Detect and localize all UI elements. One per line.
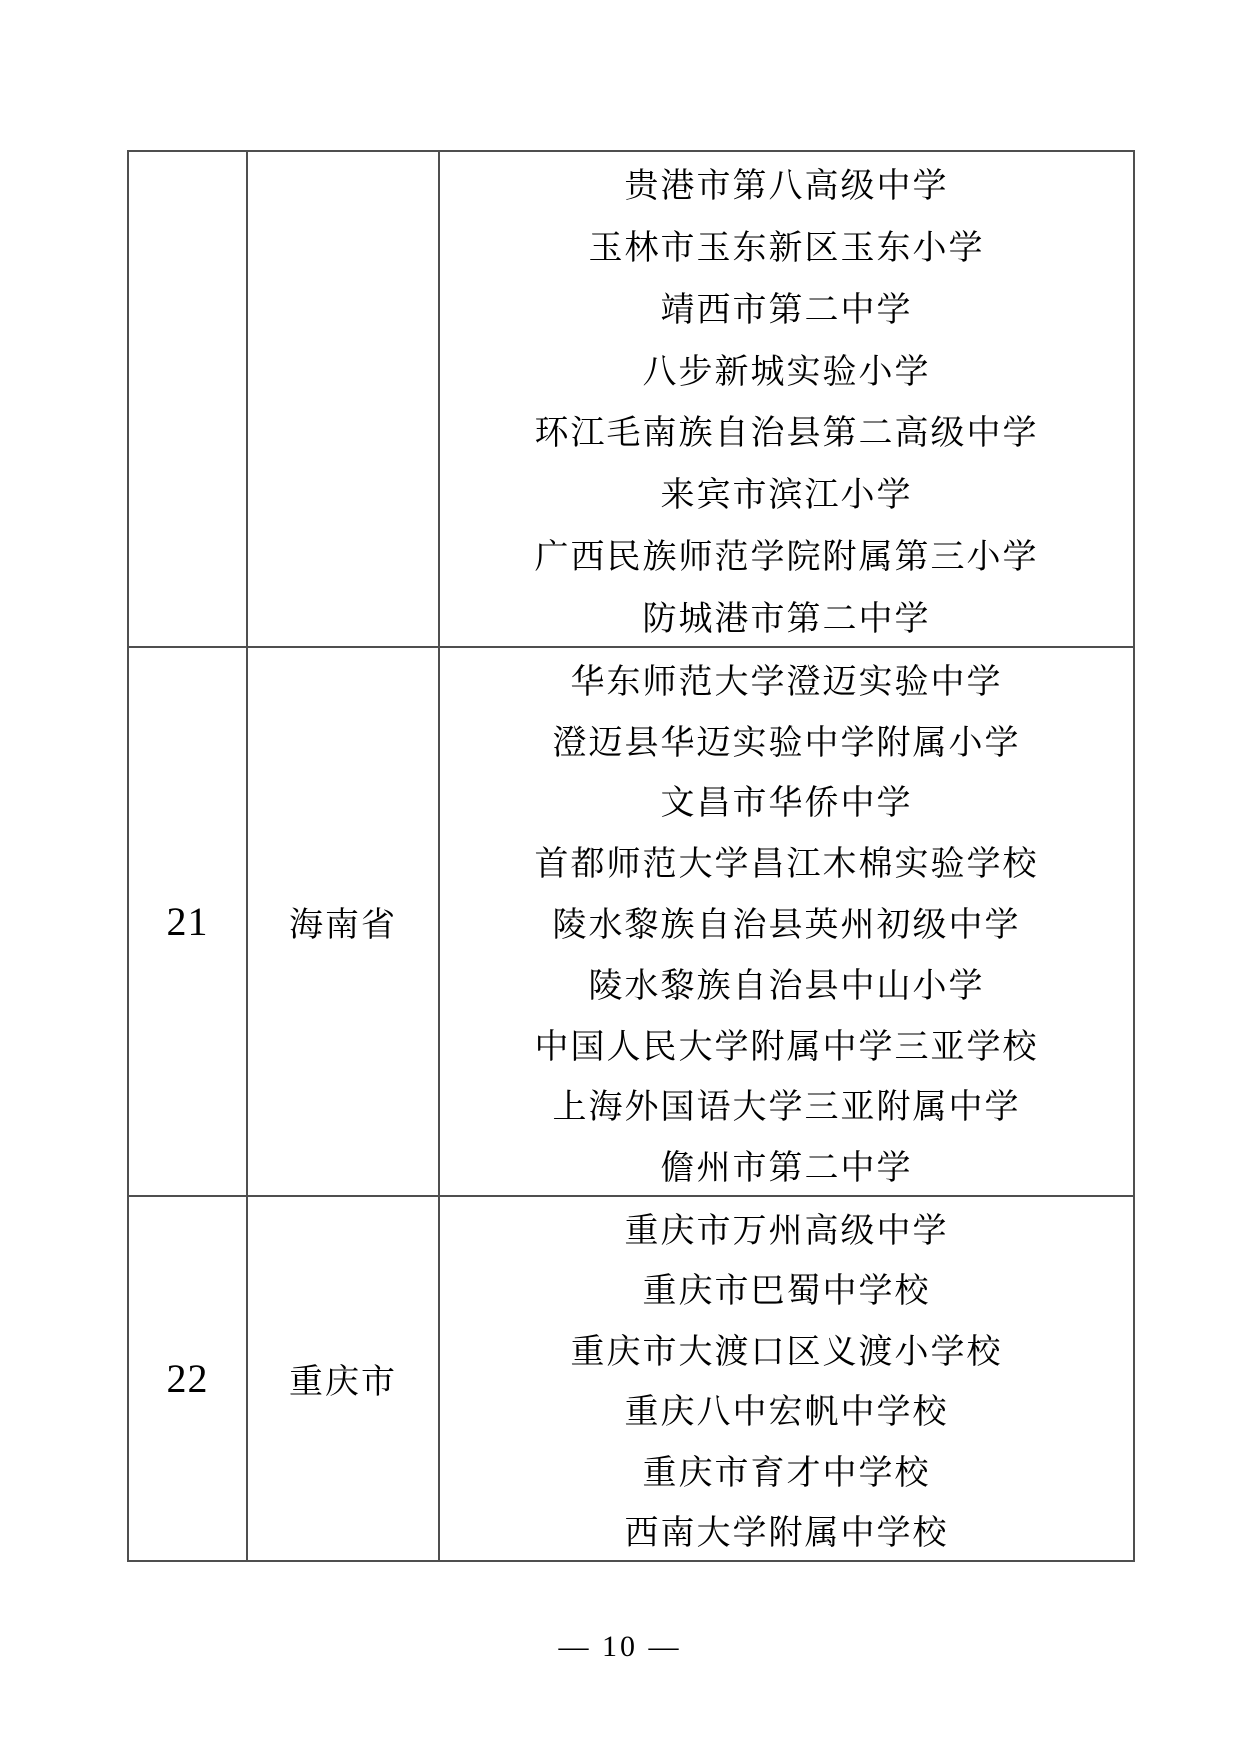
- school-name: 靖西市第二中学: [661, 282, 913, 331]
- school-row: 广西民族师范学院附属第三小学: [440, 522, 1133, 584]
- school-name: 华东师范大学澄迈实验中学: [571, 654, 1003, 703]
- section-province-cell: 海南省: [248, 648, 440, 1195]
- school-name: 中国人民大学附属中学三亚学校: [535, 1019, 1039, 1068]
- school-name: 儋州市第二中学: [661, 1140, 913, 1189]
- school-name: 贵港市第八高级中学: [625, 158, 949, 207]
- school-row: 文昌市华侨中学: [440, 769, 1133, 830]
- school-row: 贵港市第八高级中学: [440, 152, 1133, 214]
- school-name: 防城港市第二中学: [643, 591, 931, 640]
- school-row: 首都师范大学昌江木棉实验学校: [440, 830, 1133, 891]
- school-name: 环江毛南族自治县第二高级中学: [535, 405, 1039, 454]
- school-name: 上海外国语大学三亚附属中学: [553, 1079, 1021, 1128]
- section-index-cell: 22: [129, 1197, 248, 1560]
- school-table: 贵港市第八高级中学玉林市玉东新区玉东小学靖西市第二中学八步新城实验小学环江毛南族…: [127, 150, 1135, 1562]
- school-row: 西南大学附属中学校: [440, 1500, 1133, 1560]
- school-row: 防城港市第二中学: [440, 584, 1133, 646]
- school-name: 玉林市玉东新区玉东小学: [589, 220, 985, 269]
- school-row: 八步新城实验小学: [440, 337, 1133, 399]
- page-number: — 10 —: [0, 1630, 1240, 1664]
- school-row: 重庆市大渡口区义渡小学校: [440, 1318, 1133, 1378]
- school-row: 陵水黎族自治县中山小学: [440, 952, 1133, 1013]
- school-row: 陵水黎族自治县英州初级中学: [440, 891, 1133, 952]
- school-row: 来宾市滨江小学: [440, 461, 1133, 523]
- school-row: 玉林市玉东新区玉东小学: [440, 214, 1133, 276]
- school-name: 重庆市万州高级中学: [625, 1203, 949, 1252]
- school-row: 华东师范大学澄迈实验中学: [440, 648, 1133, 709]
- section-index-cell: 21: [129, 648, 248, 1195]
- school-name: 西南大学附属中学校: [625, 1505, 949, 1554]
- school-row: 重庆市万州高级中学: [440, 1197, 1133, 1257]
- section-schools-cell: 贵港市第八高级中学玉林市玉东新区玉东小学靖西市第二中学八步新城实验小学环江毛南族…: [440, 152, 1133, 646]
- school-name: 重庆市大渡口区义渡小学校: [571, 1324, 1003, 1373]
- section-index-label: 21: [167, 898, 209, 945]
- section-province-cell: [248, 152, 440, 646]
- school-name: 来宾市滨江小学: [661, 467, 913, 516]
- province-label: 重庆市: [289, 1354, 397, 1403]
- table-section: 贵港市第八高级中学玉林市玉东新区玉东小学靖西市第二中学八步新城实验小学环江毛南族…: [129, 152, 1133, 646]
- school-row: 环江毛南族自治县第二高级中学: [440, 399, 1133, 461]
- school-row: 重庆八中宏帆中学校: [440, 1379, 1133, 1439]
- school-row: 上海外国语大学三亚附属中学: [440, 1074, 1133, 1135]
- school-name: 重庆市巴蜀中学校: [643, 1263, 931, 1312]
- school-name: 重庆市育才中学校: [643, 1445, 931, 1494]
- province-label: 海南省: [289, 897, 397, 946]
- school-row: 重庆市巴蜀中学校: [440, 1258, 1133, 1318]
- school-name: 陵水黎族自治县英州初级中学: [553, 897, 1021, 946]
- school-name: 澄迈县华迈实验中学附属小学: [553, 715, 1021, 764]
- table-section: 21海南省华东师范大学澄迈实验中学澄迈县华迈实验中学附属小学文昌市华侨中学首都师…: [129, 646, 1133, 1195]
- section-schools-cell: 重庆市万州高级中学重庆市巴蜀中学校重庆市大渡口区义渡小学校重庆八中宏帆中学校重庆…: [440, 1197, 1133, 1560]
- school-row: 儋州市第二中学: [440, 1134, 1133, 1195]
- school-name: 八步新城实验小学: [643, 344, 931, 393]
- school-name: 陵水黎族自治县中山小学: [589, 958, 985, 1007]
- section-schools-cell: 华东师范大学澄迈实验中学澄迈县华迈实验中学附属小学文昌市华侨中学首都师范大学昌江…: [440, 648, 1133, 1195]
- section-index-label: 22: [167, 1355, 209, 1402]
- school-row: 重庆市育才中学校: [440, 1439, 1133, 1499]
- school-row: 澄迈县华迈实验中学附属小学: [440, 709, 1133, 770]
- school-name: 广西民族师范学院附属第三小学: [535, 529, 1039, 578]
- section-province-cell: 重庆市: [248, 1197, 440, 1560]
- table-section: 22重庆市重庆市万州高级中学重庆市巴蜀中学校重庆市大渡口区义渡小学校重庆八中宏帆…: [129, 1195, 1133, 1560]
- school-name: 首都师范大学昌江木棉实验学校: [535, 836, 1039, 885]
- school-name: 文昌市华侨中学: [661, 775, 913, 824]
- school-row: 中国人民大学附属中学三亚学校: [440, 1013, 1133, 1074]
- school-row: 靖西市第二中学: [440, 275, 1133, 337]
- section-index-cell: [129, 152, 248, 646]
- document-page: 贵港市第八高级中学玉林市玉东新区玉东小学靖西市第二中学八步新城实验小学环江毛南族…: [0, 0, 1240, 1754]
- school-name: 重庆八中宏帆中学校: [625, 1384, 949, 1433]
